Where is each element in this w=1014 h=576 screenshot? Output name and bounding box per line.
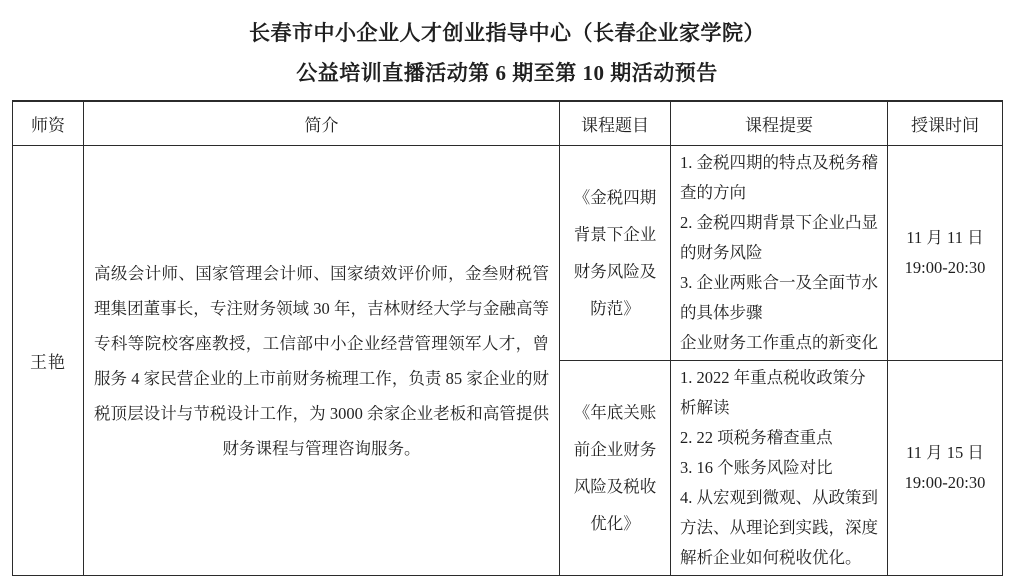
header-course-title: 课程题目 <box>560 101 671 146</box>
header-teacher: 师资 <box>13 101 84 146</box>
course-2-outline-item-2: 2. 22 项税务稽查重点 <box>680 423 878 453</box>
course-1-outline-item-3: 3. 企业两账合一及全面节水的具体步骤 <box>680 268 878 328</box>
course-2-outline-item-4: 4. 从宏观到微观、从政策到方法、从理论到实践，深度解析企业如何税收优化。 <box>680 483 878 573</box>
header-course-outline: 课程提要 <box>671 101 888 146</box>
document-subtitle: 公益培训直播活动第 6 期至第 10 期活动预告 <box>0 46 1014 86</box>
teacher-bio: 高级会计师、国家管理会计师、国家绩效评价师，金叁财税管理集团董事长，专注财务领域… <box>84 146 560 576</box>
document-title: 长春市中小企业人才创业指导中心（长春企业家学院） <box>0 0 1014 46</box>
table-row-course-1: 王艳 高级会计师、国家管理会计师、国家绩效评价师，金叁财税管理集团董事长，专注财… <box>13 146 1003 361</box>
header-row: 师资 简介 课程题目 课程提要 授课时间 <box>13 101 1003 146</box>
course-2-title: 《年底关账前企业财务风险及税收优化》 <box>560 361 671 576</box>
teacher-name: 王艳 <box>13 146 84 576</box>
training-schedule-table: 师资 简介 课程题目 课程提要 授课时间 王艳 高级会计师、国家管理会计师、国家… <box>12 100 1003 576</box>
course-2-outline-item-1: 1. 2022 年重点税收政策分析解读 <box>680 363 878 423</box>
course-2-time: 11 月 15 日 19:00-20:30 <box>888 361 1003 576</box>
course-1-outline-item-2: 2. 金税四期背景下企业凸显的财务风险 <box>680 208 878 268</box>
course-1-outline: 1. 金税四期的特点及税务稽查的方向 2. 金税四期背景下企业凸显的财务风险 3… <box>671 146 888 361</box>
course-1-outline-item-4: 企业财务工作重点的新变化 <box>680 328 878 358</box>
course-1-title: 《金税四期背景下企业财务风险及防范》 <box>560 146 671 361</box>
course-1-time: 11 月 11 日 19:00-20:30 <box>888 146 1003 361</box>
header-time: 授课时间 <box>888 101 1003 146</box>
course-2-hours: 19:00-20:30 <box>889 468 1001 498</box>
header-bio: 简介 <box>84 101 560 146</box>
course-1-outline-item-1: 1. 金税四期的特点及税务稽查的方向 <box>680 148 878 208</box>
course-2-date: 11 月 15 日 <box>889 438 1001 468</box>
course-1-date: 11 月 11 日 <box>889 223 1001 253</box>
course-2-outline-item-3: 3. 16 个账务风险对比 <box>680 453 878 483</box>
course-2-outline: 1. 2022 年重点税收政策分析解读 2. 22 项税务稽查重点 3. 16 … <box>671 361 888 576</box>
document-page: 长春市中小企业人才创业指导中心（长春企业家学院） 公益培训直播活动第 6 期至第… <box>0 0 1014 576</box>
course-1-hours: 19:00-20:30 <box>889 253 1001 283</box>
